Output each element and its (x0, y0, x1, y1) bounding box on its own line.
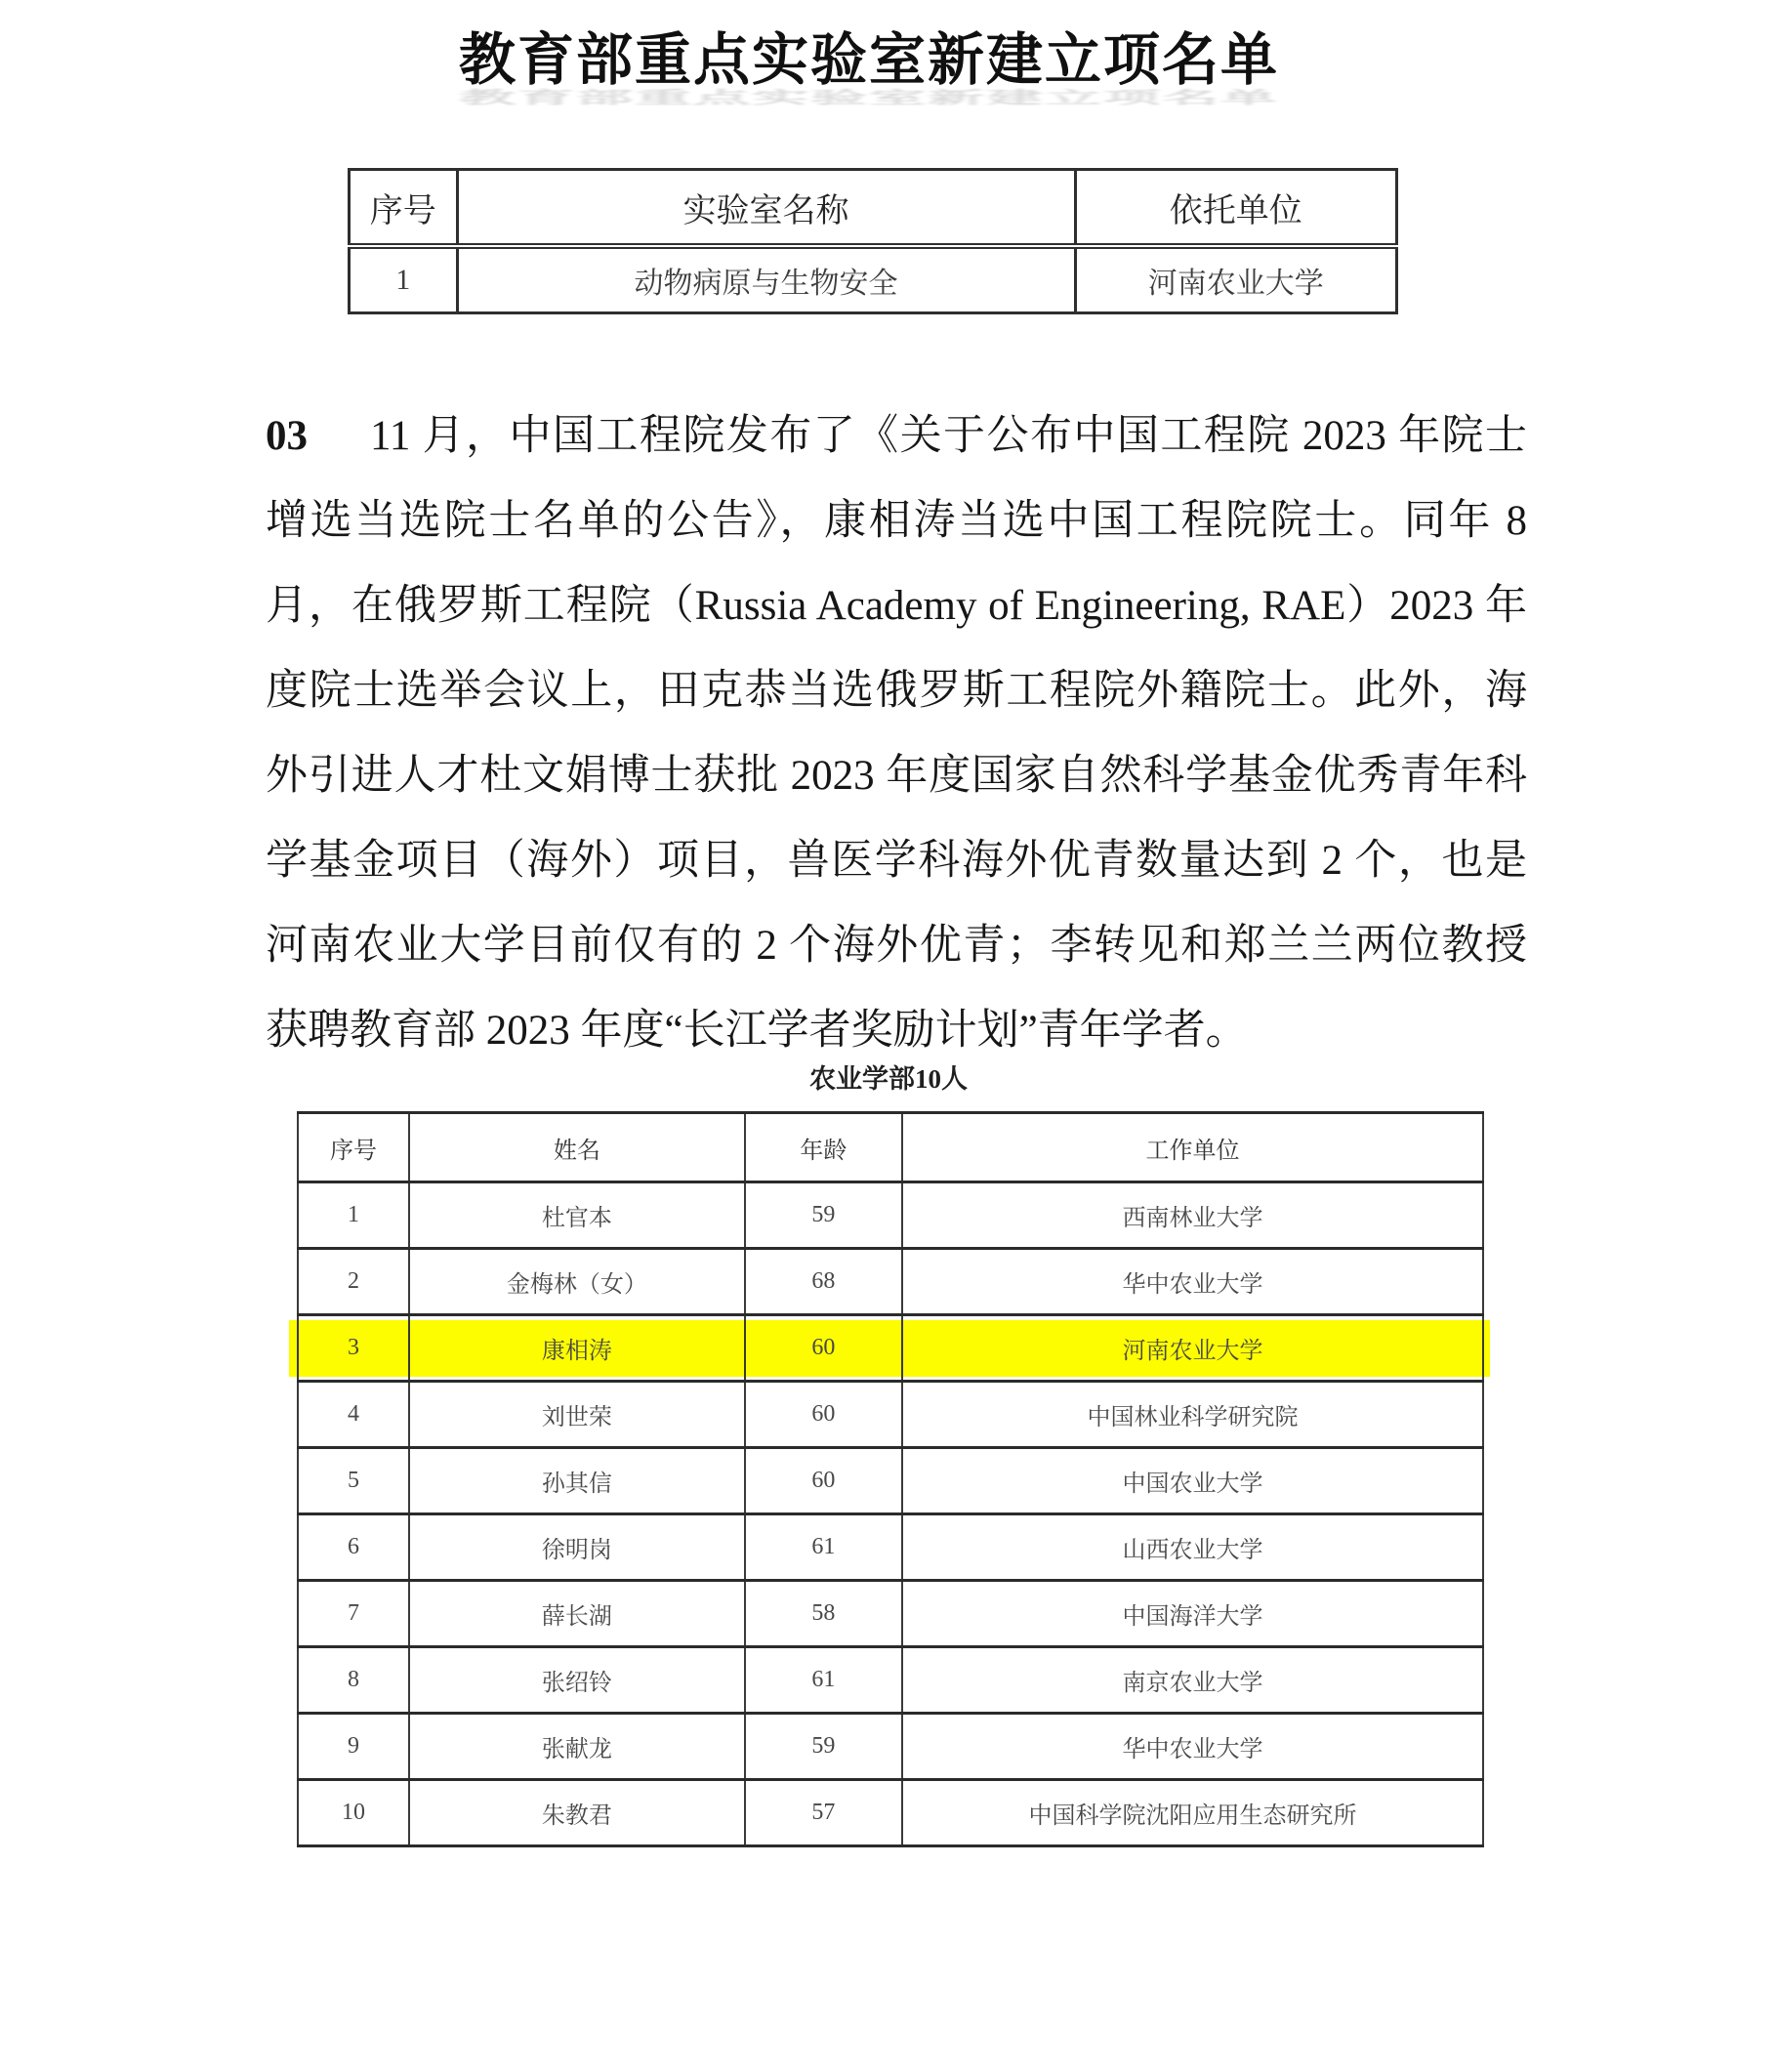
paragraph-line: 外引进人才杜文娟博士获批 2023 年度国家自然科学基金优秀青年科 (266, 733, 1527, 818)
table-cell-name: 刘世荣 (409, 1382, 745, 1448)
academicians-header-org: 工作单位 (902, 1113, 1483, 1182)
table-cell-org: 华中农业大学 (902, 1249, 1483, 1315)
table-cell-age: 57 (745, 1780, 902, 1846)
table-cell-age: 59 (745, 1714, 902, 1780)
table-cell-index: 9 (298, 1714, 409, 1780)
table-row: 10 朱教君 57 中国科学院沈阳应用生态研究所 (298, 1780, 1483, 1846)
table-cell-org: 西南林业大学 (902, 1182, 1483, 1249)
academicians-table: 序号 姓名 年龄 工作单位 1 杜官本 59 西南林业大学 2 金梅林（女） 6… (297, 1111, 1484, 1847)
table-cell-name: 孙其信 (409, 1448, 745, 1514)
table-cell-index: 4 (298, 1382, 409, 1448)
table-cell-name: 薛长湖 (409, 1581, 745, 1647)
table-row: 9 张献龙 59 华中农业大学 (298, 1714, 1483, 1780)
table-cell-index: 1 (298, 1182, 409, 1249)
table-cell-age: 61 (745, 1514, 902, 1581)
paragraph-line: 度院士选举会议上，田克恭当选俄罗斯工程院外籍院士。此外，海 (266, 648, 1527, 733)
document-page: 教育部重点实验室新建立项名单 教育部重点实验室新建立项名单 序号 实验室名称 依… (0, 0, 1777, 2072)
table-cell-index: 2 (298, 1249, 409, 1315)
table-row: 1 动物病原与生物安全 河南农业大学 (350, 246, 1397, 313)
table-cell-org: 中国林业科学研究院 (902, 1382, 1483, 1448)
paragraph-line: 学基金项目（海外）项目，兽医学科海外优青数量达到 2 个，也是 (266, 818, 1527, 903)
table-row: 7 薛长湖 58 中国海洋大学 (298, 1581, 1483, 1647)
table-cell-org: 中国科学院沈阳应用生态研究所 (902, 1780, 1483, 1846)
table-cell-index: 3 (298, 1315, 409, 1382)
table-cell-labname: 动物病原与生物安全 (457, 246, 1075, 313)
table-row: 6 徐明岗 61 山西农业大学 (298, 1514, 1483, 1581)
table-row: 8 张绍铃 61 南京农业大学 (298, 1647, 1483, 1714)
lab-table-header-institution: 依托单位 (1075, 170, 1396, 247)
table-row: 4 刘世荣 60 中国林业科学研究院 (298, 1382, 1483, 1448)
table-row: 2 金梅林（女） 68 华中农业大学 (298, 1249, 1483, 1315)
section-number: 03 (266, 413, 308, 459)
table-cell-name: 康相涛 (409, 1315, 745, 1382)
table-cell-age: 60 (745, 1448, 902, 1514)
table-cell-institution: 河南农业大学 (1075, 246, 1396, 313)
table-cell-age: 68 (745, 1249, 902, 1315)
scan-ghost-artifact: 教育部重点实验室新建立项名单 (0, 84, 1738, 108)
table-cell-name: 徐明岗 (409, 1514, 745, 1581)
table-row: 5 孙其信 60 中国农业大学 (298, 1448, 1483, 1514)
table-cell-org: 中国海洋大学 (902, 1581, 1483, 1647)
lab-table-header-index: 序号 (350, 170, 458, 247)
table-cell-index: 5 (298, 1448, 409, 1514)
academicians-header-name: 姓名 (409, 1113, 745, 1182)
paragraph-line: 月，在俄罗斯工程院（Russia Academy of Engineering,… (266, 563, 1527, 648)
paragraph-line: 河南农业大学目前仅有的 2 个海外优青；李转见和郑兰兰两位教授 (266, 903, 1527, 988)
lab-table-header-labname: 实验室名称 (457, 170, 1075, 247)
table-cell-age: 60 (745, 1382, 902, 1448)
academicians-header-age: 年龄 (745, 1113, 902, 1182)
table-cell-index: 8 (298, 1647, 409, 1714)
academicians-header-index: 序号 (298, 1113, 409, 1182)
table-cell-index: 6 (298, 1514, 409, 1581)
table-cell-index: 10 (298, 1780, 409, 1846)
table-cell-age: 61 (745, 1647, 902, 1714)
table-cell-org: 南京农业大学 (902, 1647, 1483, 1714)
table-cell-org: 山西农业大学 (902, 1514, 1483, 1581)
table-cell-org: 河南农业大学 (902, 1315, 1483, 1382)
table-cell-org: 中国农业大学 (902, 1448, 1483, 1514)
table-cell-name: 张绍铃 (409, 1647, 745, 1714)
paragraph: 0311 月，中国工程院发布了《关于公布中国工程院 2023 年院士增选当选院士… (266, 394, 1527, 1073)
academicians-header-row: 序号 姓名 年龄 工作单位 (298, 1113, 1483, 1182)
table-caption: 农业学部10人 (0, 1057, 1777, 1096)
lab-table-header-row: 序号 实验室名称 依托单位 (350, 170, 1397, 247)
table-cell-name: 张献龙 (409, 1714, 745, 1780)
paragraph-line: 0311 月，中国工程院发布了《关于公布中国工程院 2023 年院士 (266, 394, 1527, 478)
table-cell-name: 朱教君 (409, 1780, 745, 1846)
table-row: 1 杜官本 59 西南林业大学 (298, 1182, 1483, 1249)
table-cell-name: 杜官本 (409, 1182, 745, 1249)
table-cell-index: 1 (350, 246, 458, 313)
table-cell-age: 60 (745, 1315, 902, 1382)
table-cell-index: 7 (298, 1581, 409, 1647)
table-cell-name: 金梅林（女） (409, 1249, 745, 1315)
paragraph-line: 增选当选院士名单的公告》，康相涛当选中国工程院院士。同年 8 (266, 478, 1527, 563)
table-cell-age: 59 (745, 1182, 902, 1249)
table-cell-age: 58 (745, 1581, 902, 1647)
table-cell-org: 华中农业大学 (902, 1714, 1483, 1780)
table-row-highlighted: 3 康相涛 60 河南农业大学 (298, 1315, 1483, 1382)
lab-table: 序号 实验室名称 依托单位 1 动物病原与生物安全 河南农业大学 (348, 168, 1398, 314)
